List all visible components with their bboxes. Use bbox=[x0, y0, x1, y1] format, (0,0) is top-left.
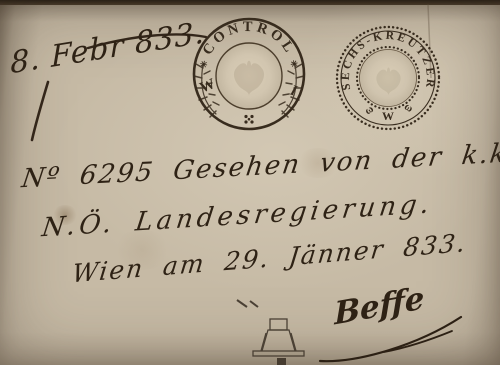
kreuzer-scroll-ornament-left: ω bbox=[363, 103, 376, 117]
control-stamp: CONTROL ✳ ✳ W I bbox=[194, 19, 304, 129]
control-stamp-ornament-right: ✳ bbox=[288, 59, 300, 69]
kreuzer-scroll-ornament-right: ω bbox=[402, 101, 415, 115]
document-photo: CONTROL ✳ ✳ W I bbox=[0, 0, 500, 365]
control-stamp-ornament-left: ✳ bbox=[198, 59, 209, 69]
hat-sketch bbox=[237, 300, 304, 365]
control-stamp-letter-w: W bbox=[198, 76, 218, 96]
sechs-kreutzer-stamp: SECHS-KREUTZER W ω ω bbox=[337, 27, 439, 129]
date-descender-stroke bbox=[32, 82, 48, 140]
rosette-ornament bbox=[244, 115, 253, 124]
kreuzer-stamp-letter-w: W bbox=[382, 109, 394, 123]
